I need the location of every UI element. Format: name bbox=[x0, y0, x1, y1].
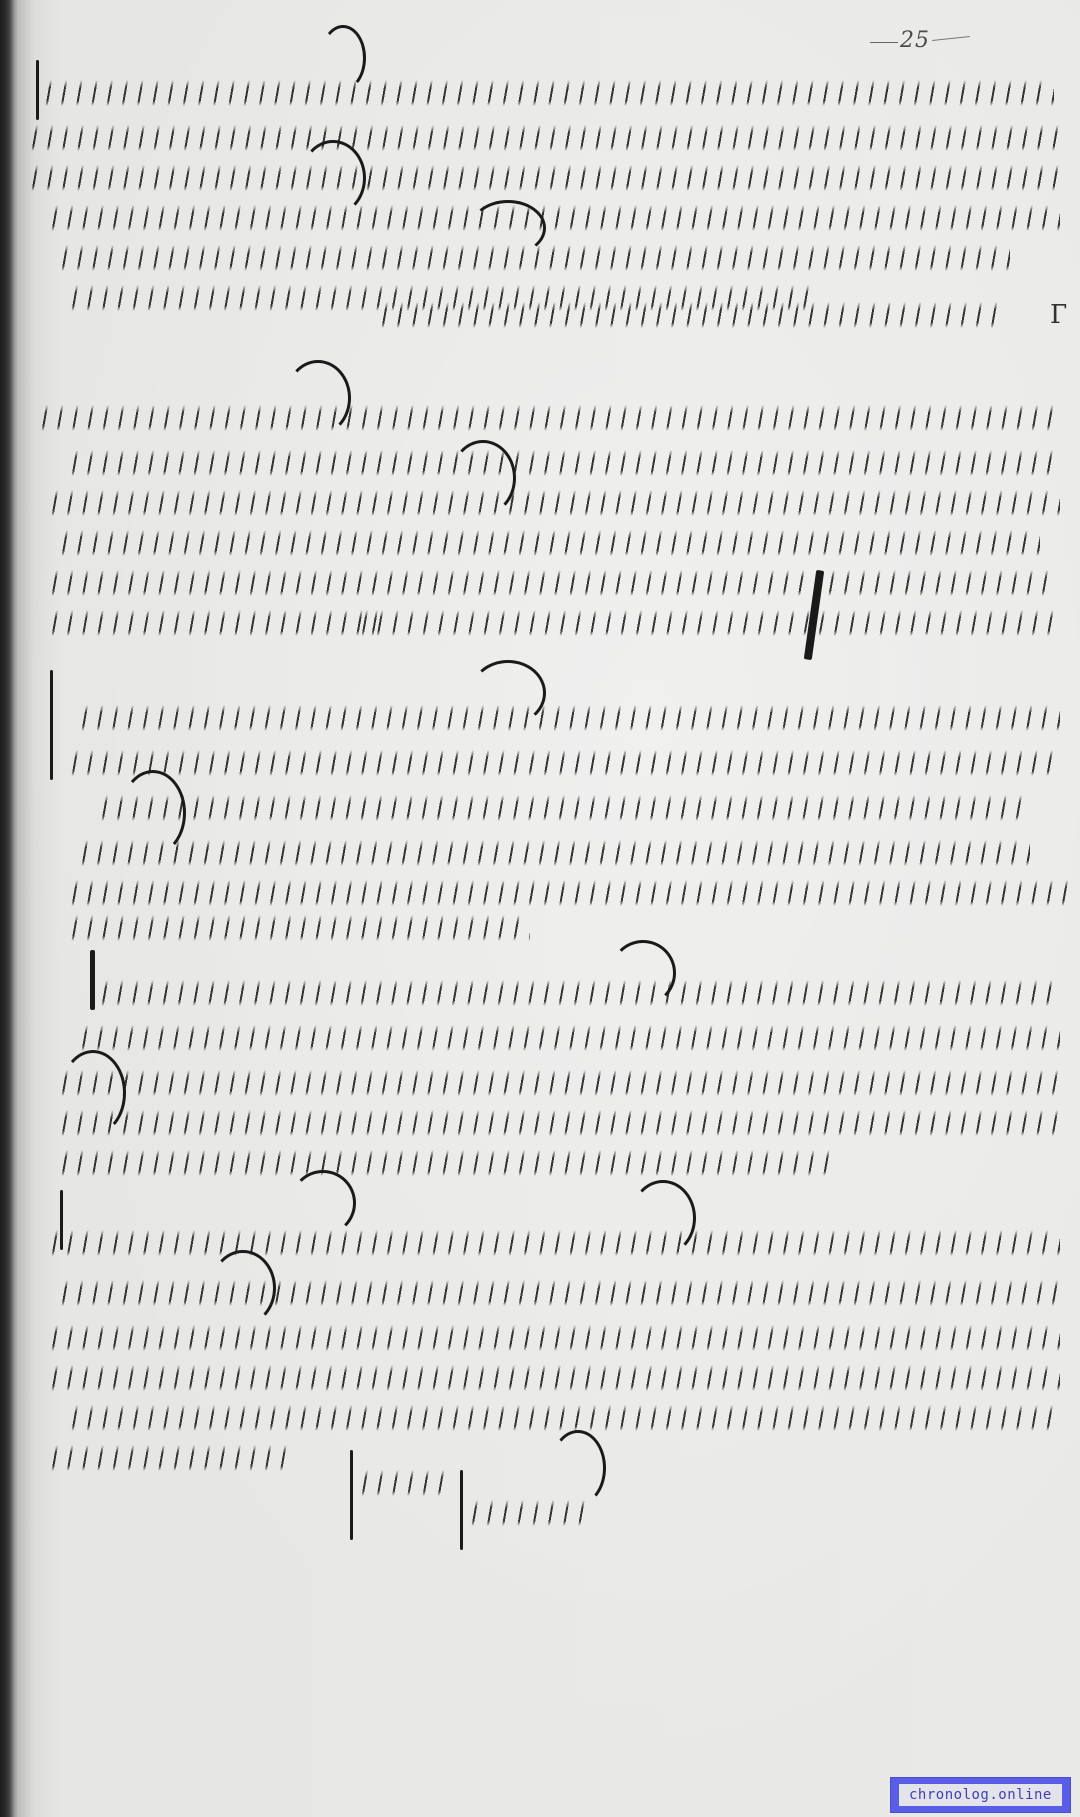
signature bbox=[340, 1440, 700, 1550]
watermark-badge: chronolog.online bbox=[890, 1777, 1071, 1813]
manuscript-entry-4 bbox=[30, 950, 1070, 1170]
manuscript-page: 25 Г bbox=[0, 0, 1080, 1817]
watermark-text: chronolog.online bbox=[899, 1784, 1062, 1806]
binding-edge-shadow bbox=[0, 0, 14, 1817]
manuscript-entry-2 bbox=[30, 370, 1070, 630]
manuscript-entry-3 bbox=[30, 660, 1070, 930]
manuscript-entry-1 bbox=[30, 40, 1070, 340]
manuscript-entry-5 bbox=[30, 1190, 1070, 1470]
